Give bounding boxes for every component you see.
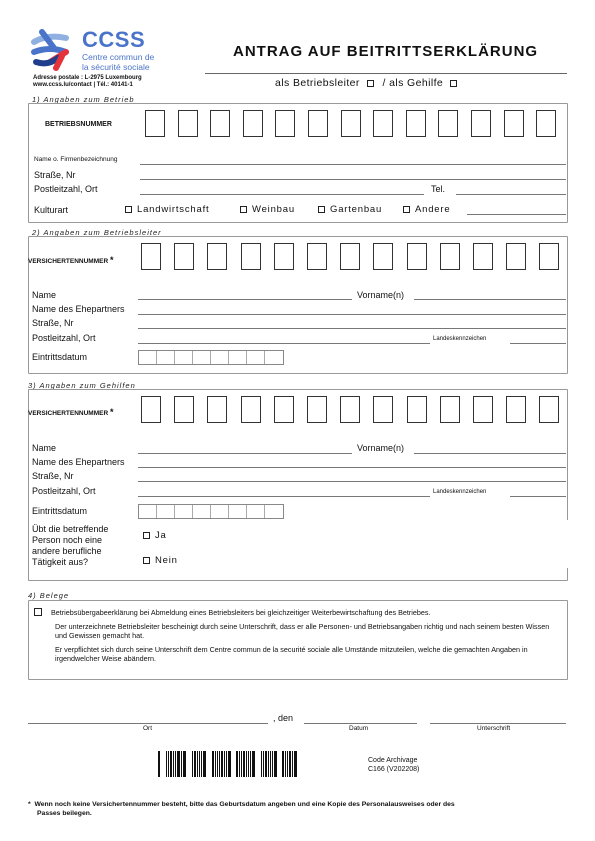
logo-subtitle: Centre commun de la sécurité sociale — [82, 53, 154, 72]
logo-name: CCSS — [82, 27, 145, 53]
andere-input[interactable] — [467, 214, 566, 215]
footnote-line2: Passes beilegen. — [28, 809, 455, 818]
spouse-input-2[interactable] — [138, 314, 566, 315]
option-landwirtschaft[interactable]: Landwirtschaft — [125, 204, 209, 215]
date-digit-box[interactable] — [139, 351, 157, 364]
weinbau-checkbox[interactable] — [240, 206, 247, 213]
landwirtschaft-label: Landwirtschaft — [137, 204, 209, 215]
firstname-label-3: Vorname(n) — [357, 443, 404, 453]
asterisk-2: * — [110, 255, 114, 265]
place-label: Ort — [143, 725, 152, 732]
spouse-input-3[interactable] — [138, 467, 566, 468]
versichertennummer-label-3: VERSICHERTENNUMMER * — [28, 407, 114, 417]
archive-code: Code Archivage C166 (V202208) — [368, 756, 419, 774]
digit-box[interactable] — [506, 243, 526, 270]
archive-code-label: Code Archivage — [368, 756, 419, 765]
country-label-2: Landeskennzeichen — [433, 336, 486, 342]
question-line4: Tätigkeit aus? — [32, 557, 108, 568]
form-title: ANTRAG AUF BEITRITTSERKLÄRUNG — [233, 43, 538, 60]
date-input[interactable] — [304, 723, 417, 724]
date-digit-box[interactable] — [139, 505, 157, 518]
answer-yes[interactable]: Ja — [143, 530, 167, 541]
footnote-line1: Wenn noch keine Versichertennummer beste… — [34, 801, 454, 808]
gartenbau-checkbox[interactable] — [318, 206, 325, 213]
betriebsuebergabe-checkbox[interactable] — [34, 608, 42, 616]
gartenbau-label: Gartenbau — [330, 204, 382, 215]
postal-input-2[interactable] — [138, 343, 430, 344]
digit-box[interactable] — [241, 243, 261, 270]
entry-date-input-2[interactable] — [138, 350, 284, 365]
digit-box[interactable] — [440, 243, 460, 270]
digit-box[interactable] — [373, 243, 393, 270]
digit-box[interactable] — [141, 243, 161, 270]
digit-box[interactable] — [308, 110, 328, 137]
digit-box[interactable] — [506, 396, 526, 423]
digit-box[interactable] — [307, 396, 327, 423]
title-divider — [205, 73, 567, 74]
digit-box[interactable] — [178, 110, 198, 137]
signature-label: Unterschrift — [477, 725, 510, 732]
date-digit-box[interactable] — [157, 351, 175, 364]
date-digit-box[interactable] — [193, 351, 211, 364]
question-line1: Übt die betreffende — [32, 524, 108, 535]
footnote: * Wenn noch keine Versichertennummer bes… — [28, 800, 455, 818]
question-line3: andere berufliche — [32, 546, 108, 557]
digit-box[interactable] — [241, 396, 261, 423]
digit-box[interactable] — [340, 243, 360, 270]
weinbau-label: Weinbau — [252, 204, 295, 215]
spouse-label-2: Name des Ehepartners — [32, 304, 125, 314]
no-label: Nein — [155, 555, 178, 566]
option-gartenbau[interactable]: Gartenbau — [318, 204, 382, 215]
signature-input[interactable] — [430, 723, 566, 724]
company-name-input[interactable] — [140, 164, 566, 165]
digit-box[interactable] — [539, 243, 559, 270]
asterisk-3: * — [110, 407, 114, 417]
date-digit-box[interactable] — [193, 505, 211, 518]
spouse-label-3: Name des Ehepartners — [32, 457, 125, 467]
country-label-3: Landeskennzeichen — [433, 489, 486, 495]
ccss-logo-icon — [30, 28, 72, 72]
date-digit-box[interactable] — [211, 351, 229, 364]
digit-box[interactable] — [141, 396, 161, 423]
date-digit-box[interactable] — [247, 351, 265, 364]
digit-box[interactable] — [373, 396, 393, 423]
declaration-paragraph2: Er verpflichtet sich durch seine Untersc… — [55, 645, 561, 663]
postal-input-3[interactable] — [138, 496, 430, 497]
firstname-label-2: Vorname(n) — [357, 290, 404, 300]
andere-label: Andere — [415, 204, 450, 215]
address-line2: www.ccss.lu/contact | Tél.: 40141-1 — [33, 82, 142, 89]
digit-box[interactable] — [406, 110, 426, 137]
country-input-3[interactable] — [510, 496, 566, 497]
date-digit-box[interactable] — [175, 505, 193, 518]
street-label-2: Straße, Nr — [32, 318, 74, 328]
entry-date-label-3: Eintrittsdatum — [32, 506, 87, 516]
option-weinbau[interactable]: Weinbau — [240, 204, 295, 215]
digit-box[interactable] — [407, 396, 427, 423]
entry-date-input-3[interactable] — [138, 504, 284, 519]
street-input-2[interactable] — [138, 328, 566, 329]
yes-label: Ja — [155, 530, 167, 541]
digit-box[interactable] — [207, 396, 227, 423]
digit-box[interactable] — [471, 110, 491, 137]
kulturart-label: Kulturart — [34, 205, 68, 215]
digit-box[interactable] — [243, 110, 263, 137]
archive-code-value: C166 (V202208) — [368, 765, 419, 774]
digit-box[interactable] — [341, 110, 361, 137]
postal-label: Postleitzahl, Ort — [34, 184, 98, 194]
den-label: , den — [273, 713, 293, 723]
firstname-input-3[interactable] — [414, 453, 566, 454]
street-input-3[interactable] — [138, 481, 566, 482]
digit-box[interactable] — [504, 110, 524, 137]
versichertennummer-text-2: VERSICHERTENNUMMER — [28, 258, 108, 265]
answer-no[interactable]: Nein — [143, 555, 178, 566]
footnote-marker: * — [28, 801, 31, 808]
digit-box[interactable] — [274, 243, 294, 270]
date-digit-box[interactable] — [265, 505, 283, 518]
place-input[interactable] — [28, 723, 268, 724]
date-digit-box[interactable] — [265, 351, 283, 364]
street-input[interactable] — [140, 179, 566, 180]
digit-box[interactable] — [536, 110, 556, 137]
versichertennummer-label-2: VERSICHERTENNUMMER * — [28, 255, 114, 265]
betriebsnummer-label: BETRIEBSNUMMER — [45, 121, 112, 128]
digit-box[interactable] — [210, 110, 230, 137]
barcode — [158, 751, 298, 777]
andere-checkbox[interactable] — [403, 206, 410, 213]
betriebsleiter-checkbox[interactable] — [367, 80, 374, 87]
digit-box[interactable] — [274, 396, 294, 423]
postal-label-2: Postleitzahl, Ort — [32, 333, 96, 343]
digit-box[interactable] — [440, 396, 460, 423]
declaration-paragraph1: Der unterzeichnete Betriebsleiter besche… — [55, 622, 561, 640]
option-andere[interactable]: Andere — [403, 204, 450, 215]
digit-box[interactable] — [174, 396, 194, 423]
address-line1: Adresse postale : L-2975 Luxembourg — [33, 75, 142, 82]
yes-checkbox[interactable] — [143, 532, 150, 539]
digit-box[interactable] — [145, 110, 165, 137]
name-input-3[interactable] — [138, 453, 352, 454]
betriebsuebergabe-text: Betriebsübergabeerklärung bei Abmeldung … — [51, 608, 561, 617]
date-digit-box[interactable] — [229, 505, 247, 518]
digit-box[interactable] — [340, 396, 360, 423]
date-digit-box[interactable] — [247, 505, 265, 518]
postal-address: Adresse postale : L-2975 Luxembourg www.… — [33, 75, 142, 89]
no-checkbox[interactable] — [143, 557, 150, 564]
name-label-3: Name — [32, 443, 56, 453]
date-digit-box[interactable] — [175, 351, 193, 364]
date-digit-box[interactable] — [157, 505, 175, 518]
digit-box[interactable] — [438, 110, 458, 137]
date-digit-box[interactable] — [211, 505, 229, 518]
postal-input[interactable] — [140, 194, 424, 195]
name-input-2[interactable] — [138, 299, 352, 300]
phone-label: Tel. — [431, 184, 445, 194]
digit-box[interactable] — [407, 243, 427, 270]
street-label-3: Straße, Nr — [32, 471, 74, 481]
phone-input[interactable] — [456, 194, 566, 195]
entry-date-label-2: Eintrittsdatum — [32, 352, 87, 362]
digit-box[interactable] — [307, 243, 327, 270]
company-name-label: Name o. Firmenbezeichnung — [34, 156, 117, 163]
name-label-2: Name — [32, 290, 56, 300]
form-subtitle: als Betriebsleiter / als Gehilfe — [275, 77, 462, 89]
digit-box[interactable] — [275, 110, 295, 137]
digit-box[interactable] — [373, 110, 393, 137]
street-label: Straße, Nr — [34, 170, 76, 180]
digit-box[interactable] — [207, 243, 227, 270]
digit-box[interactable] — [473, 396, 493, 423]
logo-subtitle-line2: la sécurité sociale — [82, 63, 154, 73]
date-label: Datum — [349, 725, 368, 732]
subtitle-betriebsleiter: als Betriebsleiter — [275, 77, 360, 89]
digit-box[interactable] — [174, 243, 194, 270]
digit-box[interactable] — [539, 396, 559, 423]
gehilfe-checkbox[interactable] — [450, 80, 457, 87]
versichertennummer-text-3: VERSICHERTENNUMMER — [28, 410, 108, 417]
section3-border-gap — [566, 520, 570, 568]
section4-heading: 4) Belege — [28, 591, 69, 600]
subtitle-gehilfe: / als Gehilfe — [382, 77, 443, 89]
landwirtschaft-checkbox[interactable] — [125, 206, 132, 213]
other-job-question: Übt die betreffende Person noch eine and… — [32, 524, 108, 568]
digit-box[interactable] — [473, 243, 493, 270]
firstname-input-2[interactable] — [414, 299, 566, 300]
postal-label-3: Postleitzahl, Ort — [32, 486, 96, 496]
date-digit-box[interactable] — [229, 351, 247, 364]
country-input-2[interactable] — [510, 343, 566, 344]
question-line2: Person noch eine — [32, 535, 108, 546]
